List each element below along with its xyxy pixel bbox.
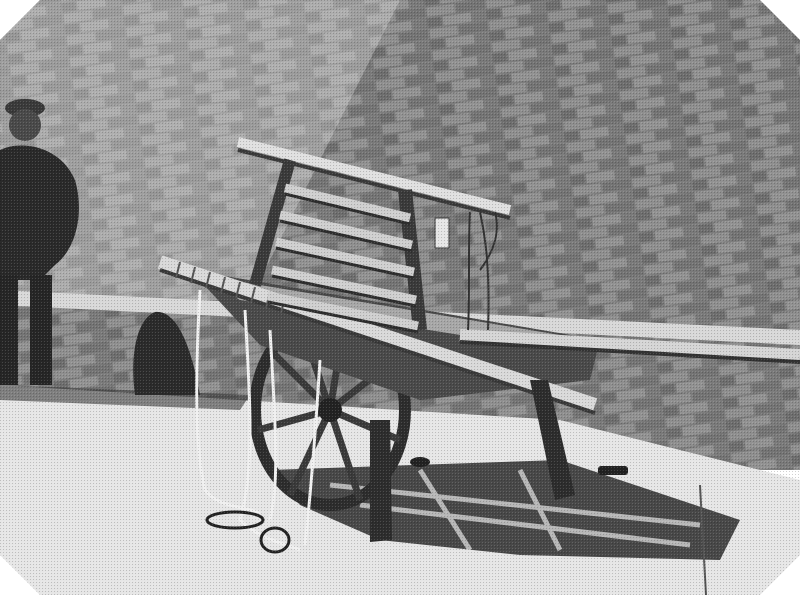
photo-frame (0, 0, 800, 595)
wheelbarrow-photograph (0, 0, 800, 595)
